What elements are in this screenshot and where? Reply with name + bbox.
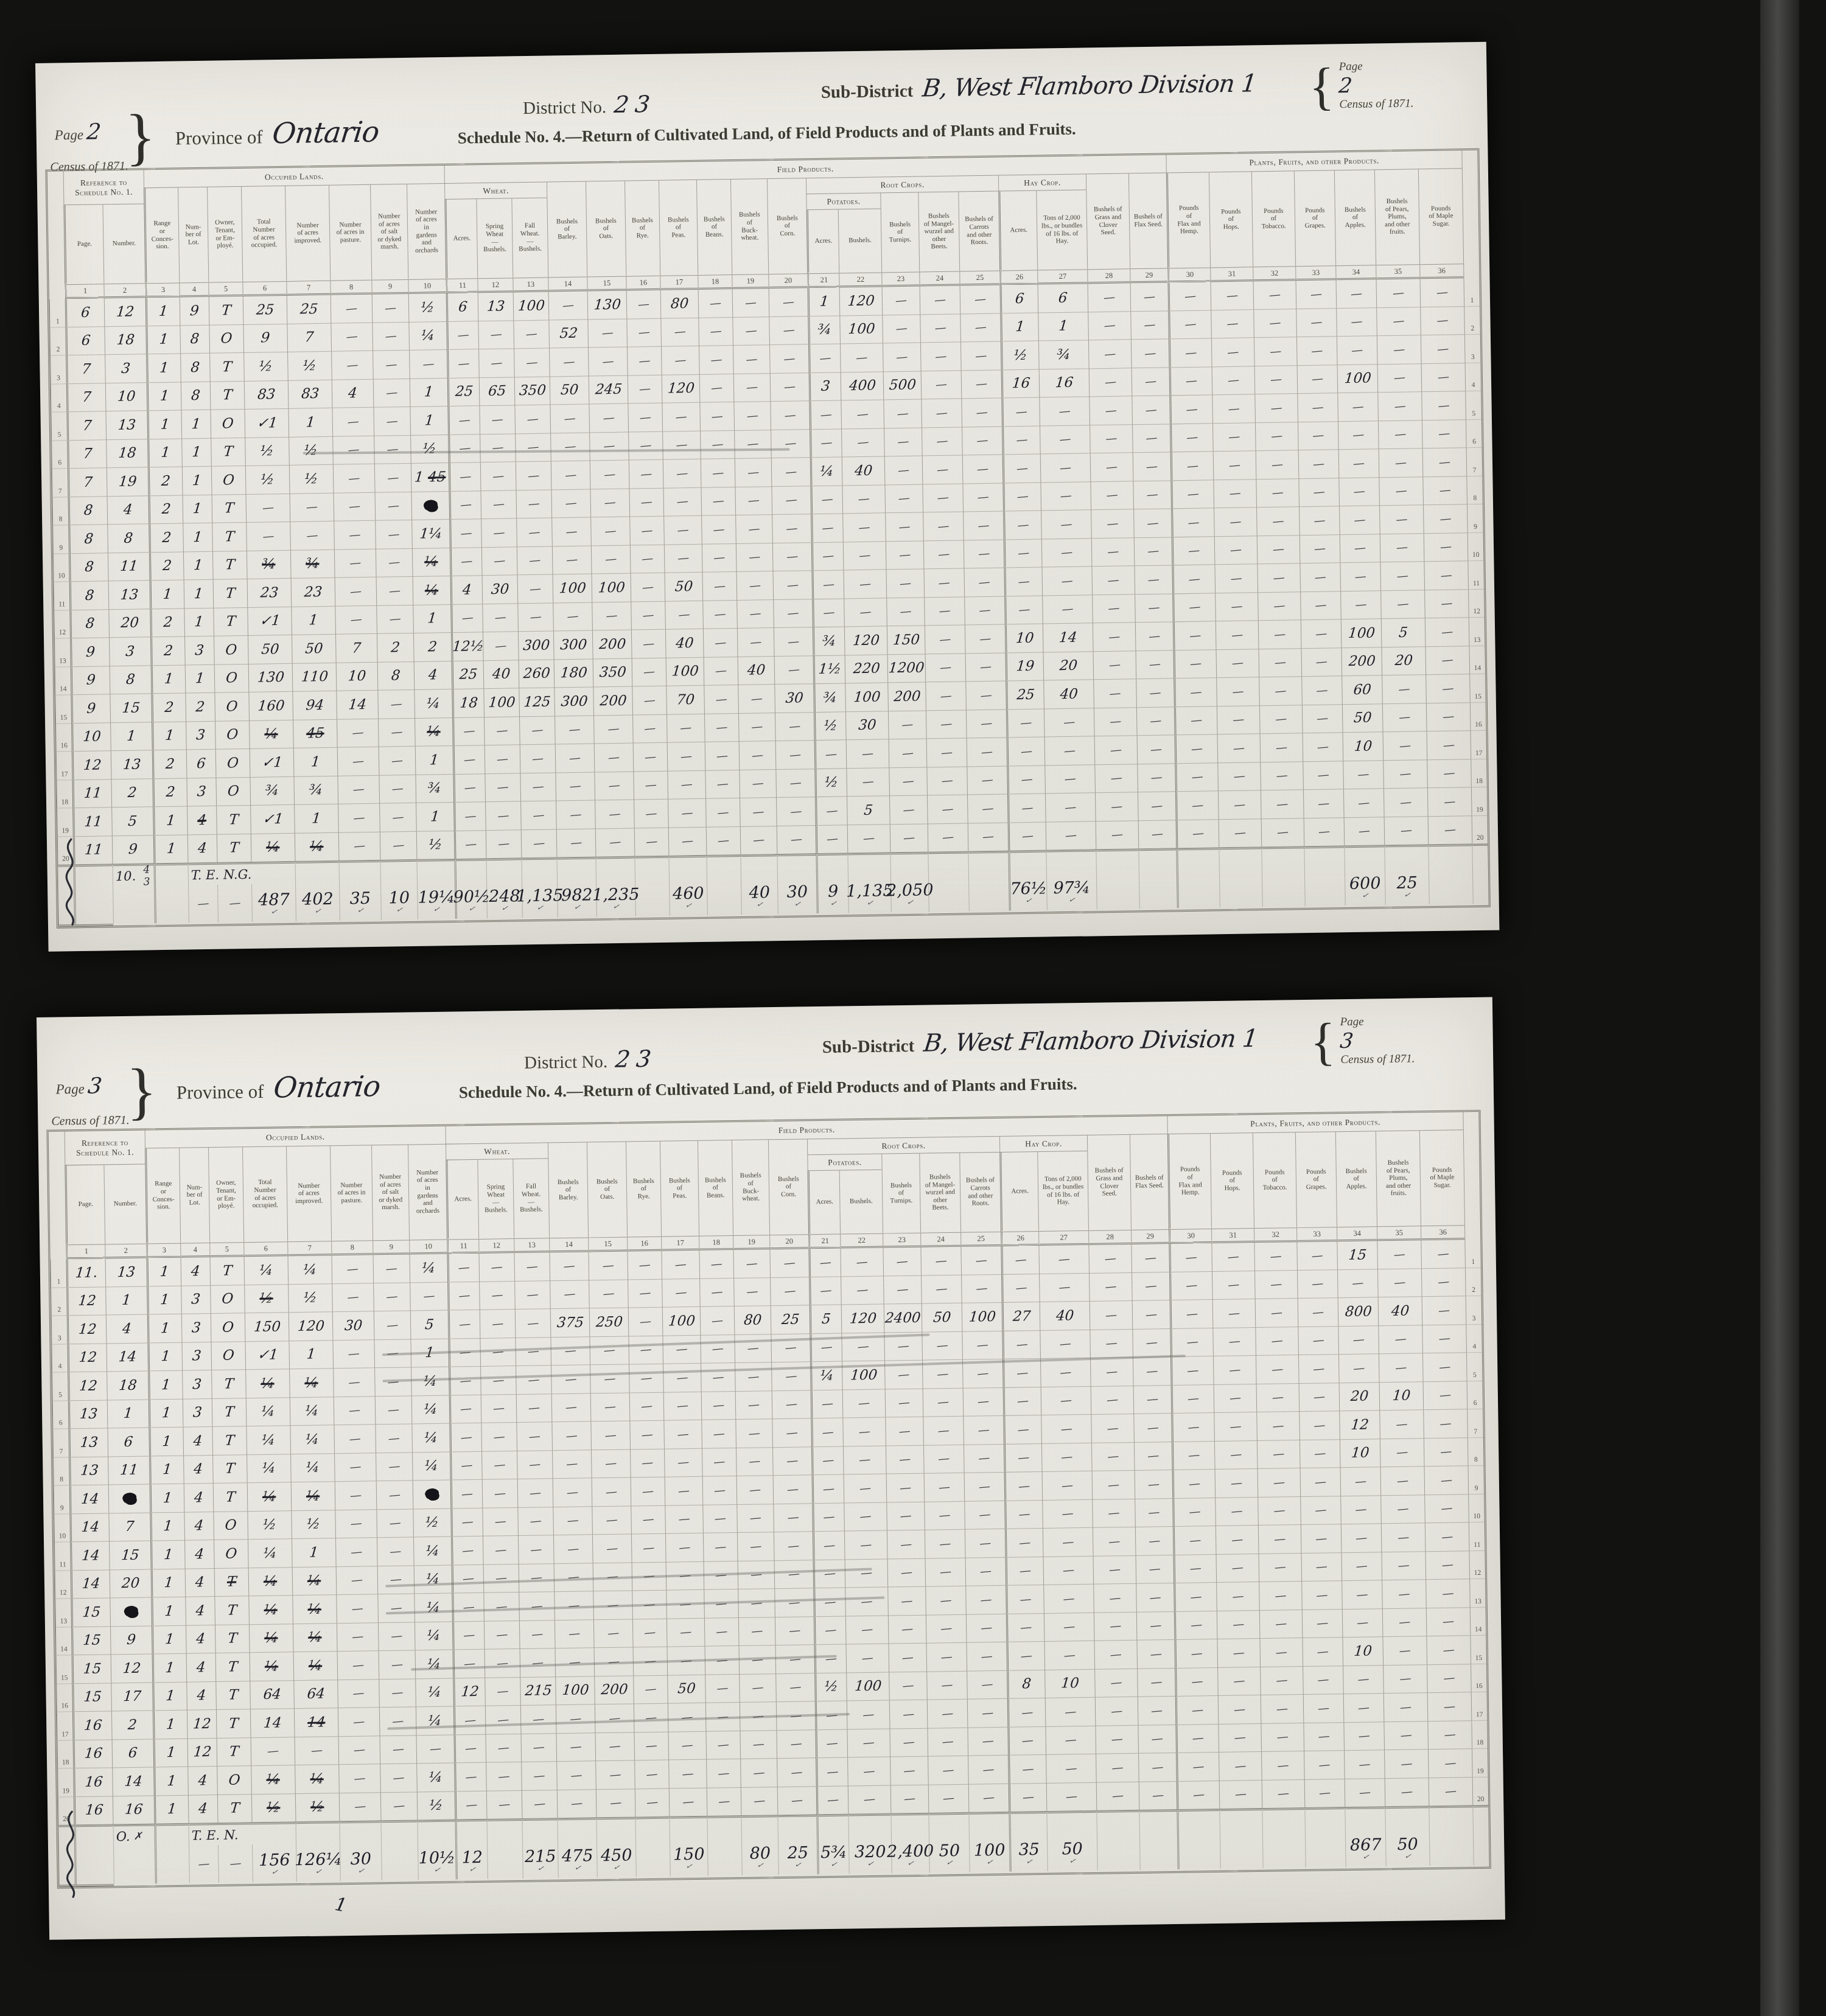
table-cell: ¼ <box>246 1426 290 1455</box>
table-cell: 14 <box>69 1485 109 1513</box>
table-cell: — <box>924 1501 965 1530</box>
table-cell: 14 <box>1043 623 1093 652</box>
table-cell: — <box>1380 562 1424 591</box>
table-cell: — <box>633 771 668 800</box>
table-cell: — <box>1298 1327 1338 1355</box>
table-cell: — <box>1213 451 1256 480</box>
column-header-3: Range or Conces- sion. <box>145 1148 180 1244</box>
table-cell: — <box>923 512 964 540</box>
row-number-left: 8 <box>52 497 69 526</box>
table-cell: 4 <box>187 1767 217 1795</box>
corner-page-value-handwritten: 2 <box>1338 74 1353 98</box>
row-number-left: 14 <box>55 667 71 696</box>
column-number-4: 4 <box>180 1243 209 1258</box>
row-number-left: 15 <box>56 1655 72 1684</box>
table-cell: — <box>732 317 769 346</box>
table-cell: — <box>1342 1580 1382 1609</box>
table-cell: — <box>740 798 777 826</box>
total-cell: 30✓ <box>340 1843 382 1881</box>
table-cell: 1 <box>183 495 212 523</box>
column-number-23: 23 <box>881 271 919 287</box>
table-cell: 1 <box>149 1456 184 1484</box>
column-number-4: 4 <box>179 282 208 298</box>
table-cell: — <box>1422 448 1467 477</box>
table-cell: 400 <box>841 372 884 401</box>
table-cell: — <box>1425 618 1469 647</box>
table-cell: ¼ <box>290 1425 334 1454</box>
table-cell: — <box>776 1730 816 1759</box>
table-cell: 19 <box>1006 652 1044 681</box>
row-number-right: 14 <box>1469 646 1485 674</box>
table-cell: 1 <box>183 551 213 580</box>
column-number-6: 6 <box>243 1241 287 1257</box>
table-cell: — <box>1007 1698 1046 1727</box>
table-cell: — <box>552 1450 592 1479</box>
table-cell: — <box>1255 422 1298 452</box>
table-cell: — <box>773 571 813 599</box>
total-cell <box>1096 871 1139 909</box>
table-cell: — <box>377 1537 414 1566</box>
table-cell: — <box>667 770 705 799</box>
table-cell: 17 <box>111 1683 153 1711</box>
row-number-right: 6 <box>1467 1381 1483 1409</box>
column-number-14: 14 <box>549 1237 588 1252</box>
table-cell: 1 <box>184 608 214 637</box>
table-cell: — <box>516 1366 551 1394</box>
table-cell: — <box>1174 1555 1217 1583</box>
table-cell: — <box>592 1477 631 1506</box>
table-cell: — <box>701 1363 735 1392</box>
table-cell: — <box>1176 820 1219 849</box>
column-number-33: 33 <box>1295 265 1335 281</box>
table-cell: — <box>701 1392 736 1420</box>
table-cell: — <box>1175 1668 1218 1697</box>
table-cell: — <box>484 745 520 773</box>
table-cell: — <box>627 1251 662 1280</box>
table-cell: T <box>212 523 247 551</box>
table-cell: — <box>1420 307 1464 336</box>
table-cell: — <box>589 432 629 461</box>
table-cell: — <box>1214 1441 1258 1470</box>
table-cell: — <box>775 1617 814 1645</box>
totals-annotation-cell <box>1138 848 1177 871</box>
table-cell: 8 <box>68 525 108 553</box>
table-cell: — <box>843 1446 886 1474</box>
table-cell: — <box>1131 339 1169 368</box>
table-cell: — <box>770 1277 810 1306</box>
column-number-35: 35 <box>1377 1226 1421 1241</box>
table-cell: ¼ <box>290 1454 335 1483</box>
table-cell: 1 <box>107 1400 149 1428</box>
table-cell: — <box>775 741 815 769</box>
table-cell: — <box>1039 397 1090 426</box>
totals-annotation-cell <box>707 1816 741 1838</box>
table-cell: — <box>926 1643 967 1672</box>
column-number-15: 15 <box>588 1236 627 1252</box>
table-cell: — <box>1338 421 1379 450</box>
table-cell: — <box>1384 817 1429 846</box>
table-cell: 6 <box>65 298 105 327</box>
table-cell: — <box>1091 538 1135 567</box>
row-number-left: 10 <box>54 1514 70 1543</box>
table-cell: 220 <box>845 655 888 684</box>
total-cell: 35✓ <box>339 882 381 921</box>
table-cell: — <box>922 427 962 456</box>
table-cell: 4 <box>185 1597 215 1625</box>
table-cell: — <box>705 798 740 827</box>
table-cell: 2400 <box>884 1304 922 1333</box>
table-cell: — <box>921 1275 962 1303</box>
page-number: Page 2 <box>54 119 100 145</box>
table-cell: — <box>409 350 447 378</box>
table-cell: — <box>632 658 666 686</box>
table-cell: ½ <box>289 436 333 466</box>
table-cell: — <box>373 378 410 407</box>
column-number-17: 17 <box>660 275 698 290</box>
table-cell: — <box>338 832 380 861</box>
table-cell: — <box>705 1674 740 1703</box>
table-cell: — <box>630 545 665 573</box>
column-header-1: Page. <box>63 204 103 284</box>
table-cell: — <box>1422 1296 1466 1325</box>
table-cell: — <box>555 744 595 773</box>
table-cell: — <box>1174 706 1217 736</box>
table-cell: — <box>550 433 590 461</box>
table-cell: ¾ <box>290 549 335 579</box>
table-cell: — <box>1256 450 1299 480</box>
column-header-33: Pounds of Grapes. <box>1295 1132 1337 1227</box>
row-number-left: 17 <box>57 1712 73 1740</box>
district-label: District No. <box>523 97 606 118</box>
table-cell: 8 <box>181 382 211 410</box>
column-header-27: Tons of 2,000 lbs., or bundles of 16 lbs… <box>1037 1151 1088 1231</box>
table-cell: — <box>521 1762 557 1790</box>
table-cell: 1 <box>151 665 186 694</box>
potatoes-group-header: Potatoes. <box>807 1154 881 1171</box>
row-number-left: 16 <box>56 1684 72 1712</box>
table-cell: — <box>334 1397 376 1425</box>
row-number-right: 18 <box>1471 1720 1488 1749</box>
table-cell: — <box>1136 1640 1175 1669</box>
table-cell: T <box>217 1738 251 1767</box>
table-cell: — <box>1003 1415 1041 1444</box>
table-cell: — <box>923 540 964 569</box>
adjacent-page-edge <box>1760 0 1799 2016</box>
table-cell: — <box>1040 1330 1090 1359</box>
table-cell: — <box>1045 1698 1096 1727</box>
column-number-32: 32 <box>1254 1227 1296 1243</box>
column-number-7: 7 <box>286 281 330 296</box>
table-cell: — <box>1217 1667 1261 1696</box>
table-cell: — <box>811 1390 843 1418</box>
table-cell: — <box>1301 619 1342 648</box>
table-cell: — <box>1425 1551 1469 1580</box>
table-cell: — <box>1135 1499 1173 1527</box>
table-cell: — <box>1133 1414 1172 1442</box>
table-cell: — <box>889 739 927 767</box>
totals-annotation-cell: T. E. N. <box>189 1822 296 1845</box>
table-cell: — <box>774 1588 814 1617</box>
table-cell: — <box>967 1699 1008 1728</box>
table-cell: — <box>1378 1325 1422 1355</box>
table-cell: ¼ <box>295 832 339 862</box>
table-cell: — <box>735 458 772 487</box>
table-cell: 15 <box>72 1655 111 1683</box>
table-cell: O <box>211 1342 245 1370</box>
table-cell: — <box>885 1389 923 1417</box>
table-cell: 25 <box>447 378 480 406</box>
table-cell: — <box>1211 310 1254 339</box>
table-cell: — <box>961 399 1002 427</box>
table-cell: ¼ <box>292 1595 337 1624</box>
table-cell: 23 <box>247 579 292 608</box>
table-cell: — <box>1136 707 1175 736</box>
table-cell: — <box>1133 1357 1171 1386</box>
total-cell <box>1473 1827 1489 1865</box>
table-cell: — <box>1092 595 1135 624</box>
total-cell: 25✓ <box>1385 867 1429 905</box>
table-cell: — <box>665 1505 703 1533</box>
table-cell: — <box>590 461 629 489</box>
table-cell: — <box>454 1763 486 1791</box>
table-cell: 1 <box>150 1541 185 1569</box>
table-cell: ✓1 <box>247 607 292 636</box>
table-cell: — <box>478 1253 514 1282</box>
table-cell: — <box>1002 426 1040 455</box>
row-number-left: 15 <box>55 695 71 724</box>
table-cell: 1 <box>294 804 338 834</box>
table-cell: — <box>736 1504 774 1533</box>
table-cell: O <box>214 636 248 664</box>
table-cell: — <box>335 1481 377 1510</box>
table-cell: 8 <box>377 661 415 690</box>
row-number-left: 11 <box>54 1542 71 1571</box>
table-cell: — <box>769 316 808 345</box>
table-cell: 4 <box>414 661 452 689</box>
table-cell: — <box>1258 592 1301 621</box>
totals-annotation-cell <box>890 852 928 874</box>
table-cell: — <box>1170 1356 1214 1385</box>
totals-annotation-cell <box>416 859 455 882</box>
table-cell: — <box>332 1283 374 1312</box>
table-cell: — <box>480 1310 516 1338</box>
table-cell: — <box>967 738 1007 766</box>
table-cell: T <box>211 1370 246 1398</box>
table-cell: — <box>883 1247 921 1276</box>
column-number-18: 18 <box>699 1235 733 1250</box>
table-cell: — <box>1094 1669 1138 1697</box>
table-cell: 64 <box>293 1680 338 1709</box>
table-cell: 1 <box>105 1286 147 1315</box>
table-cell: — <box>964 1501 1005 1529</box>
table-cell: — <box>447 1282 480 1310</box>
table-cell: — <box>813 1532 845 1560</box>
table-cell: — <box>549 1252 589 1280</box>
table-cell: — <box>1217 734 1261 763</box>
table-cell: — <box>452 717 484 746</box>
table-cell: 11. <box>66 1258 106 1287</box>
table-cell: — <box>1254 394 1298 423</box>
table-cell: — <box>1175 791 1219 820</box>
table-cell: — <box>484 1678 520 1706</box>
table-cell: 80 <box>660 290 699 318</box>
totals-annotation-cell <box>296 1821 340 1844</box>
table-cell: — <box>634 828 669 856</box>
table-cell: — <box>1259 649 1302 678</box>
table-cell: — <box>1257 535 1300 565</box>
table-cell: — <box>556 1733 596 1762</box>
table-cell: — <box>1137 764 1175 792</box>
table-cell: 2 <box>152 750 187 778</box>
table-cell: 1 <box>153 806 187 835</box>
totals-annotation-cell <box>1304 846 1345 868</box>
column-number-10: 10 <box>408 279 446 294</box>
table-cell: — <box>699 402 734 431</box>
table-cell: — <box>925 625 965 654</box>
table-cell: — <box>519 1564 554 1592</box>
table-cell: — <box>338 804 380 833</box>
table-cell: ¾ <box>250 776 294 806</box>
table-cell: 100 <box>666 657 704 686</box>
table-cell: ¼ <box>408 322 447 351</box>
table-cell: — <box>479 1282 515 1310</box>
row-number-left: 12 <box>54 610 70 639</box>
table-cell: 3 <box>186 721 215 750</box>
table-cell: — <box>1041 1415 1091 1444</box>
table-cell: ½ <box>408 293 447 322</box>
table-cell: ½ <box>287 352 332 381</box>
table-cell: — <box>295 1737 339 1766</box>
table-cell: 13 <box>106 411 148 440</box>
column-number-22: 22 <box>839 272 881 287</box>
table-cell: — <box>246 494 290 523</box>
table-cell: — <box>1133 509 1172 537</box>
table-cell: 7 <box>108 1513 150 1541</box>
table-cell: — <box>1041 1386 1091 1415</box>
table-cell: — <box>1215 1469 1258 1498</box>
totals-annotation-cell <box>847 853 890 875</box>
table-cell: — <box>1135 622 1174 650</box>
table-cell: 14 <box>336 691 378 720</box>
table-cell: ¾ <box>415 774 453 803</box>
table-cell: — <box>1132 1272 1170 1301</box>
totals-annotation-cell <box>1472 844 1488 866</box>
column-header-6: Total Number of acres occupied. <box>242 1146 287 1242</box>
table-cell: — <box>1425 646 1469 675</box>
table-cell: — <box>965 1586 1006 1614</box>
table-cell: — <box>1303 761 1343 790</box>
table-cell: ¾ <box>808 316 840 344</box>
total-cell <box>707 877 741 915</box>
table-cell: — <box>702 572 737 601</box>
table-cell: — <box>1174 1583 1217 1611</box>
page-label: Page <box>55 1081 85 1097</box>
column-header-33: Pounds of Grapes. <box>1294 170 1335 266</box>
table-cell: 1 <box>1038 312 1088 341</box>
row-number-column <box>1461 150 1479 278</box>
table-cell: — <box>1218 1695 1261 1724</box>
column-header-14: Bushels of Barley. <box>548 1142 588 1238</box>
table-cell: — <box>846 768 889 797</box>
table-cell: — <box>1343 1665 1383 1694</box>
table-cell: — <box>1089 396 1132 425</box>
table-cell: — <box>1300 535 1340 563</box>
table-cell: ¼ <box>414 689 452 718</box>
table-cell: — <box>514 1281 550 1310</box>
table-cell: — <box>843 542 886 571</box>
table-cell: — <box>453 1706 486 1735</box>
column-header-8: Number of acres in pasture. <box>330 1145 373 1241</box>
table-cell: — <box>631 1534 666 1563</box>
table-cell: 7 <box>335 634 377 663</box>
table-cell: — <box>1004 568 1042 596</box>
table-cell: — <box>699 1250 733 1278</box>
table-cell: ¼ <box>414 1594 452 1622</box>
table-cell: O <box>214 664 249 692</box>
table-cell: — <box>626 318 661 347</box>
table-cell: — <box>555 772 595 801</box>
table-cell: — <box>889 1700 928 1729</box>
table-cell: — <box>814 740 847 769</box>
totals-annotation-cell <box>154 863 189 885</box>
table-cell: — <box>815 1729 847 1758</box>
totals-annotation-cell <box>155 1824 189 1846</box>
table-cell: 9 <box>71 666 110 695</box>
table-cell: — <box>378 718 415 747</box>
table-cell: — <box>842 485 885 514</box>
total-cell: 450✓ <box>596 1839 636 1877</box>
table-cell: — <box>554 716 594 744</box>
total-cell: 2,050✓ <box>890 874 929 912</box>
row-number-right: 11 <box>1467 561 1484 590</box>
row-number-right: 4 <box>1465 363 1481 391</box>
table-cell: — <box>1216 1582 1259 1611</box>
column-header-12: Spring Wheat — Bushels. <box>476 198 512 278</box>
table-cell: T <box>209 296 243 325</box>
table-cell: 1¼ <box>411 520 450 548</box>
table-cell: — <box>1296 337 1337 365</box>
table-cell: — <box>1254 1242 1297 1271</box>
column-header-32: Pounds of Tobacco. <box>1253 1132 1296 1228</box>
column-header-4: Num- ber of Lot. <box>178 187 208 283</box>
table-cell: — <box>1296 309 1337 337</box>
table-cell: — <box>379 1707 416 1735</box>
table-cell: 1 <box>150 1484 184 1513</box>
table-cell: T <box>212 1426 247 1455</box>
table-cell: — <box>738 685 775 713</box>
table-cell: 3 <box>109 637 151 666</box>
table-cell: — <box>1216 621 1259 650</box>
table-cell: — <box>1421 363 1466 392</box>
table-cell: — <box>846 739 889 769</box>
table-cell: 6 <box>112 1739 154 1768</box>
total-cell <box>1177 1831 1220 1869</box>
table-cell: T <box>212 1398 247 1427</box>
table-cell: — <box>736 1476 774 1504</box>
table-cell: 1 <box>147 439 182 467</box>
table-cell: — <box>842 1389 886 1418</box>
table-cell: — <box>1300 1440 1340 1468</box>
table-cell: — <box>1093 1584 1136 1613</box>
total-cell <box>487 1841 523 1879</box>
row-number-left: 5 <box>52 1372 68 1401</box>
table-cell: — <box>380 1735 417 1764</box>
table-cell: — <box>251 1737 295 1767</box>
table-cell: — <box>1302 1610 1343 1638</box>
table-cell: — <box>770 373 810 402</box>
table-cell: — <box>662 1278 700 1307</box>
brace-glyph: { <box>1310 1015 1335 1068</box>
